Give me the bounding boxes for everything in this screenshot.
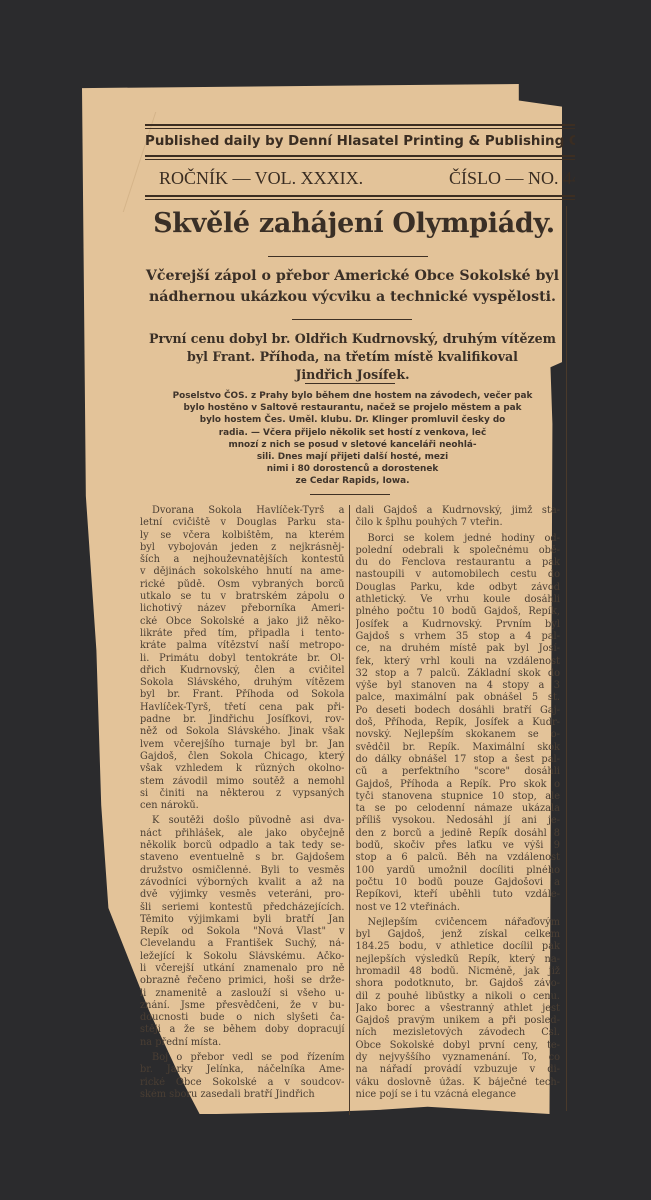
article-line: počtu 10 bodů pouze Gajdošovi a bbox=[356, 877, 561, 889]
article-line: závodníci výborných kvalit a až na bbox=[140, 877, 345, 889]
article-line: družstvo osmičlenné. Byli to vesměs bbox=[140, 865, 345, 877]
article-line: Gajdoš, Příhoda a Řepík. Pro skok o bbox=[356, 779, 561, 791]
article-line: Gajdoš, člen Sokola Chicago, který bbox=[140, 751, 345, 763]
publisher-line: Published daily by Denní Hlasatel Printi… bbox=[145, 129, 575, 155]
article-line: ležející k Sokolu Slávskému. Ačko- bbox=[140, 951, 345, 963]
article-line: Těmito výjimkami byli bratří Jan bbox=[140, 914, 345, 926]
article-line: doš, Příhoda, Řepík, Josífek a Kudr- bbox=[356, 717, 561, 729]
article-line: dřich Kudrnovský, člen a cvičitel bbox=[140, 665, 345, 677]
article-line: kráte palma vítězství naší metropo- bbox=[140, 640, 345, 652]
volume-label: ROČNÍK — VOL. XXXIX. bbox=[159, 168, 363, 189]
article-line: lichotivý název přeborníka Ameri- bbox=[140, 603, 345, 615]
article-line: stem závodil mimo soutěž a nemohl bbox=[140, 776, 345, 788]
intro-rule bbox=[310, 494, 390, 495]
article-line: bodů, skočiv přes laťku ve výši 9 bbox=[356, 840, 561, 852]
article-line: dali Gajdoš a Kudrnovský, jimž sta- bbox=[356, 505, 561, 517]
article-line: Douglas Parku, kde odbyt závod bbox=[356, 582, 561, 594]
article-body: Dvorana Sokola Havlíček-Tyrš aletní cvič… bbox=[140, 505, 560, 1115]
article-line: stěji a že se během doby dopracují bbox=[140, 1024, 345, 1036]
article-line: příliš vysokou. Nedosáhl jí ani je- bbox=[356, 815, 561, 827]
article-line: ců a perfektního "score" dosáhli bbox=[356, 766, 561, 778]
article-line: si činiti na některou z vypsaných bbox=[140, 788, 345, 800]
article-line: Nejlepším cvičencem nářaďovým bbox=[356, 917, 561, 929]
article-line: Dvorana Sokola Havlíček-Tyrš a bbox=[140, 505, 345, 517]
article-line: K soutěži došlo původně asi dva- bbox=[140, 815, 345, 827]
article-line: dil z pouhé libůstky a nikoli o cenu. bbox=[356, 991, 561, 1003]
intro-line: bylo hostem Čes. Uměl. klubu. Dr. Klinge… bbox=[140, 414, 565, 426]
article-line: v dějinách sokolského hnutí na ame- bbox=[140, 566, 345, 578]
subheadline-rule bbox=[292, 319, 412, 320]
article-line: ních mezisletových závodech Čsl. bbox=[356, 1027, 561, 1039]
article-line: 184.25 bodu, v athletice docílil pak bbox=[356, 941, 561, 953]
article-line: ce, na druhém místě pak byl Josí- bbox=[356, 643, 561, 655]
article-line: ly se včera kolbištěm, na kterém bbox=[140, 530, 345, 542]
article-line: Jako borec a všestranný athlet jest bbox=[356, 1003, 561, 1015]
article-line: fek, který vrhl kouli na vzdálenost bbox=[356, 656, 561, 668]
article-column-right: dali Gajdoš a Kudrnovský, jimž sta-čilo … bbox=[350, 505, 561, 1115]
article-line: dvě výjimky vesměs veteráni, pro- bbox=[140, 889, 345, 901]
intro-line: radia. — Včera přijelo několik set hostí… bbox=[140, 427, 565, 439]
article-line: lvem včerejšího turnaje byl br. Jan bbox=[140, 739, 345, 751]
article-line: Řepíkovi, kteří uběhli tuto vzdále- bbox=[356, 889, 561, 901]
volume-issue-line: ROČNÍK — VOL. XXXIX. ČÍSLO — NO. 44 bbox=[145, 160, 575, 195]
article-line: dy nejvyššího vyznamenání. To, co bbox=[356, 1052, 561, 1064]
article-line: váku doslovně úžas. K báječné tech- bbox=[356, 1077, 561, 1089]
article-line: shora podotknuto, br. Gajdoš závo- bbox=[356, 978, 561, 990]
article-line: svědčil br. Řepík. Maximální skok bbox=[356, 742, 561, 754]
subheadline-line: Včerejší zápol o přebor Americké Obce So… bbox=[140, 266, 565, 287]
article-line: Gajdoš pravým unikem a při posled- bbox=[356, 1015, 561, 1027]
intro-line: bylo hostěno v Saltově restaurantu, nače… bbox=[140, 402, 565, 414]
article-line: li včerejší utkání znamenalo pro ně bbox=[140, 963, 345, 975]
article-line: li znamenitě a zaslouží si všeho u- bbox=[140, 988, 345, 1000]
article-line: Řepík od Sokola "Nová Vlast" v bbox=[140, 926, 345, 938]
article-line: ších a nejhouževnatějších kontestů bbox=[140, 554, 345, 566]
article-line: znání. Jsme přesvědčeni, že v bu- bbox=[140, 1000, 345, 1012]
column-rule-right bbox=[566, 206, 567, 1111]
deck-line: Jindřich Josífek. bbox=[140, 366, 565, 384]
article-line: polední odebrali k společnému obě- bbox=[356, 545, 561, 557]
article-line: Gajdoš s vrhem 35 stop a 4 pal- bbox=[356, 631, 561, 643]
article-line: nastoupili v automobilech cestu do bbox=[356, 569, 561, 581]
article-line: byl vybojován jeden z nejkrásněj- bbox=[140, 542, 345, 554]
article-line: šli seriemi kontestů předcházejících. bbox=[140, 902, 345, 914]
article-line: obrazně řečeno primici, hoši se drže- bbox=[140, 975, 345, 987]
article-line: do dálky obnášel 17 stop a šest pal- bbox=[356, 754, 561, 766]
article-line: utkalo se tu v bratrském zápolu o bbox=[140, 591, 345, 603]
deck-line: byl Frant. Příhoda, na třetím místě kval… bbox=[140, 348, 565, 366]
article-line: den z borců a jedině Řepík dosáhl 8 bbox=[356, 828, 561, 840]
article-line: byl Gajdoš, jenž získal celkem bbox=[356, 929, 561, 941]
masthead: Published daily by Denní Hlasatel Printi… bbox=[145, 124, 575, 200]
subheadline: Včerejší zápol o přebor Americké Obce So… bbox=[140, 266, 565, 308]
article-line: cen nároků. bbox=[140, 800, 345, 812]
article-line: nost ve 12 vteřinách. bbox=[356, 902, 561, 914]
article-line: však vzhledem k různých okolno- bbox=[140, 763, 345, 775]
masthead-rule-bottom bbox=[145, 195, 575, 200]
intro-line: Poselstvo ČOS. z Prahy bylo během dne ho… bbox=[140, 390, 565, 402]
article-line: 32 stop a 7 palců. Základní skok do bbox=[356, 668, 561, 680]
article-line: novský. Nejlepším skokanem se o- bbox=[356, 729, 561, 741]
intro-line: ze Cedar Rapids, Iowa. bbox=[140, 475, 565, 487]
intro-line: nimi i 80 dorostenců a dorostenek bbox=[140, 463, 565, 475]
article-line: palce, maximální pak obnášel 5 st. bbox=[356, 692, 561, 704]
article-line: staveno eventuelně s br. Gajdošem bbox=[140, 852, 345, 864]
article-line: Boj o přebor vedl se pod řízením bbox=[140, 1052, 345, 1064]
article-line: něž od Sokola Slávského. Jinak však bbox=[140, 726, 345, 738]
article-line: tyči stanovena stupnice 10 stop, ale bbox=[356, 791, 561, 803]
article-line: na přední místa. bbox=[140, 1037, 345, 1049]
article-line: 100 yardů umožnil docíliti plného bbox=[356, 865, 561, 877]
headline: Skvělé zahájení Olympiády. bbox=[145, 208, 563, 239]
article-line: du do Fenclova restaurantu a pak bbox=[356, 557, 561, 569]
headline-rule bbox=[268, 256, 428, 257]
article-line: Sokola Slávského, druhým vítězem bbox=[140, 677, 345, 689]
subheadline-line: nádhernou ukázkou výcviku a technické vy… bbox=[140, 287, 565, 308]
article-line: br. Jarky Jelínka, náčelníka Ame- bbox=[140, 1064, 345, 1076]
deck-rule bbox=[305, 383, 395, 384]
intro-line: mnozí z nich se posud v sletové kancelář… bbox=[140, 439, 565, 451]
article-line: doucnosti bude o nich slyšeti ča- bbox=[140, 1012, 345, 1024]
article-line: byl br. Frant. Příhoda od Sokola bbox=[140, 689, 345, 701]
deck: První cenu dobyl br. Oldřich Kudrnovský,… bbox=[140, 330, 565, 384]
article-line: likráte před tím, připadla i tento- bbox=[140, 628, 345, 640]
article-line: náct přihlášek, ale jako obyčejně bbox=[140, 828, 345, 840]
article-line: ském sboru zasedali bratří Jindřich bbox=[140, 1089, 345, 1101]
article-line: rické Obce Sokolské a v soudcov- bbox=[140, 1077, 345, 1089]
article-line: rické půdě. Osm vybraných borců bbox=[140, 579, 345, 591]
article-line: plného počtu 10 bodů Gajdoš, Řepík, bbox=[356, 606, 561, 618]
article-line: Po deseti bodech dosáhli bratří Gaj- bbox=[356, 705, 561, 717]
article-line: letní cvičiště v Douglas Parku sta- bbox=[140, 517, 345, 529]
article-line: nice pojí se i tu vzácná elegance bbox=[356, 1089, 561, 1101]
article-line: Josífek a Kudrnovský. Prvním byl bbox=[356, 619, 561, 631]
intro-box: Poselstvo ČOS. z Prahy bylo během dne ho… bbox=[140, 390, 565, 488]
article-column-left: Dvorana Sokola Havlíček-Tyrš aletní cvič… bbox=[140, 505, 350, 1115]
article-line: cké Obce Sokolské a jako již něko- bbox=[140, 616, 345, 628]
article-line: nejlepších výsledků Řepík, který na- bbox=[356, 954, 561, 966]
article-line: Borci se kolem jedné hodiny od- bbox=[356, 533, 561, 545]
deck-line: První cenu dobyl br. Oldřich Kudrnovský,… bbox=[140, 330, 565, 348]
article-line: hromadil 48 bodů. Nicméně, jak již bbox=[356, 966, 561, 978]
article-line: Havlíček-Tyrš, třetí cena pak při- bbox=[140, 702, 345, 714]
article-line: li. Primátu dobyl tentokráte br. Ol- bbox=[140, 653, 345, 665]
article-line: padne br. Jindřichu Josífkovi, rov- bbox=[140, 714, 345, 726]
article-line: Clevelandu a František Suchý, ná- bbox=[140, 938, 345, 950]
article-line: čilo k šplhu pouhých 7 vteřin. bbox=[356, 517, 561, 529]
article-line: na nářadí provádí vzbuzuje v di- bbox=[356, 1064, 561, 1076]
issue-label: ČÍSLO — NO. 44 bbox=[449, 168, 575, 189]
article-line: několik borců odpadlo a tak tedy se- bbox=[140, 840, 345, 852]
article-line: stop a 6 palců. Běh na vzdálenost bbox=[356, 852, 561, 864]
article-line: athletický. Ve vrhu koule dosáhli bbox=[356, 594, 561, 606]
article-line: ta se po celodenní námaze ukázala bbox=[356, 803, 561, 815]
article-line: Obce Sokolské dobyl první ceny, te- bbox=[356, 1040, 561, 1052]
intro-line: sili. Dnes mají přijeti další hosté, mez… bbox=[140, 451, 565, 463]
article-line: výše byl stanoven na 4 stopy a 3 bbox=[356, 680, 561, 692]
